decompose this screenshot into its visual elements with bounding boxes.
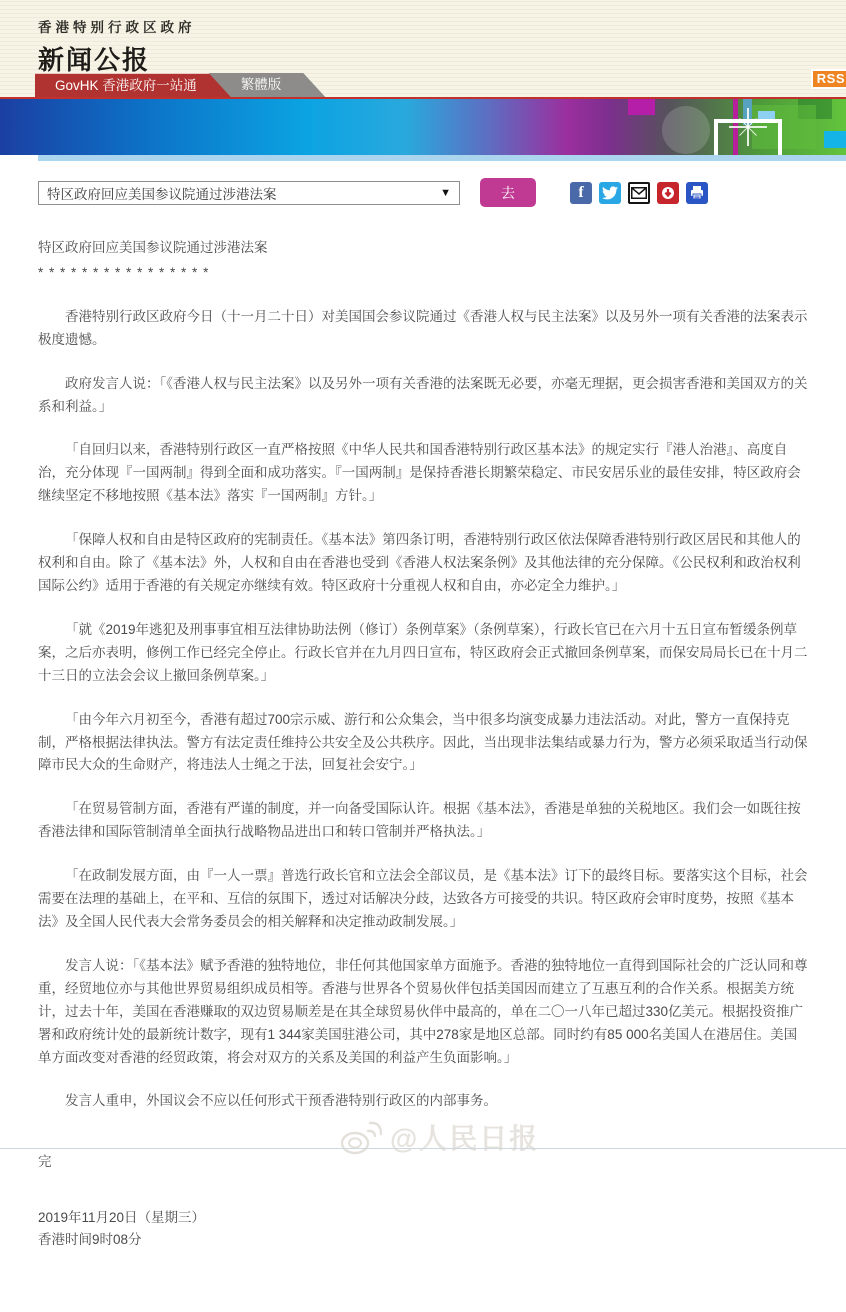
twitter-icon[interactable] [599,182,621,204]
article-separator: * * * * * * * * * * * * * * * * [38,262,808,285]
banner-decoration [662,106,710,154]
article-paragraph: 香港特别行政区政府今日（十一月二十日）对美国国会参议院通过《香港人权与民主法案》… [38,306,808,352]
print-icon[interactable] [686,182,708,204]
tab-govhk[interactable]: GovHK 香港政府一站通 [35,73,231,97]
article-paragraph: 「在政制发展方面，由『一人一票』普选行政长官和立法会全部议员，是《基本法》订下的… [38,865,808,934]
article-time: 香港时间9时08分 [38,1229,808,1252]
banner-decoration [628,99,655,115]
header: 香港特别行政区政府 新闻公报 GovHK 香港政府一站通 繁體版 RSS [0,0,846,97]
banner-decoration [714,119,782,155]
toolbar: 特区政府回应美国参议院通过涉港法案 ▼ 去 f [0,161,846,207]
press-release-select-value: 特区政府回应美国参议院通过涉港法案 [47,183,277,203]
share-icons: f [570,182,708,204]
article-paragraphs: 香港特别行政区政府今日（十一月二十日）对美国国会参议院通过《香港人权与民主法案》… [38,306,808,1114]
go-button[interactable]: 去 [480,178,536,207]
article-paragraph: 「就《2019年逃犯及刑事事宜相互法律协助法例（修订）条例草案》（条例草案），行… [38,619,808,688]
article-end-mark: 完 [38,1151,808,1174]
page-title: 新闻公报 [38,40,846,77]
chevron-down-icon: ▼ [440,187,451,199]
nav-tabs: GovHK 香港政府一站通 繁體版 [35,73,325,97]
brand-block: 香港特别行政区政府 新闻公报 [0,0,846,77]
article-dateline: 2019年11月20日（星期三） 香港时间9时08分 [38,1207,808,1312]
banner-image [0,99,846,155]
page: 香港特别行政区政府 新闻公报 GovHK 香港政府一站通 繁體版 RSS 特区政… [0,0,846,1312]
article-paragraph: 发言人重申，外国议会不应以任何形式干预香港特别行政区的内部事务。 [38,1090,808,1113]
rss-badge[interactable]: RSS [811,69,846,89]
article-paragraph: 发言人说：「《基本法》赋予香港的独特地位，非任何其他国家单方面施予。香港的独特地… [38,955,808,1070]
banner-decoration [824,131,846,148]
article: 特区政府回应美国参议院通过涉港法案 * * * * * * * * * * * … [0,207,846,1312]
facebook-icon[interactable]: f [570,182,592,204]
press-release-select[interactable]: 特区政府回应美国参议院通过涉港法案 ▼ [38,181,460,205]
article-paragraph: 「保障人权和自由是特区政府的宪制责任。《基本法》第四条订明，香港特别行政区依法保… [38,529,808,598]
share-icon[interactable] [657,182,679,204]
article-title: 特区政府回应美国参议院通过涉港法案 [38,237,808,260]
article-paragraph: 「自回归以来，香港特别行政区一直严格按照《中华人民共和国香港特别行政区基本法》的… [38,439,808,508]
article-date: 2019年11月20日（星期三） [38,1207,808,1230]
article-paragraph: 「在贸易管制方面，香港有严谨的制度，并一向备受国际认许。根据《基本法》，香港是单… [38,798,808,844]
article-paragraph: 「由今年六月初至今，香港有超过700宗示威、游行和公众集会，当中很多均演变成暴力… [38,709,808,778]
footer-divider [0,1148,846,1149]
email-icon[interactable] [628,182,650,204]
site-name: 香港特别行政区政府 [38,16,846,36]
article-paragraph: 政府发言人说：「《香港人权与民主法案》以及另外一项有关香港的法案既无必要，亦毫无… [38,373,808,419]
